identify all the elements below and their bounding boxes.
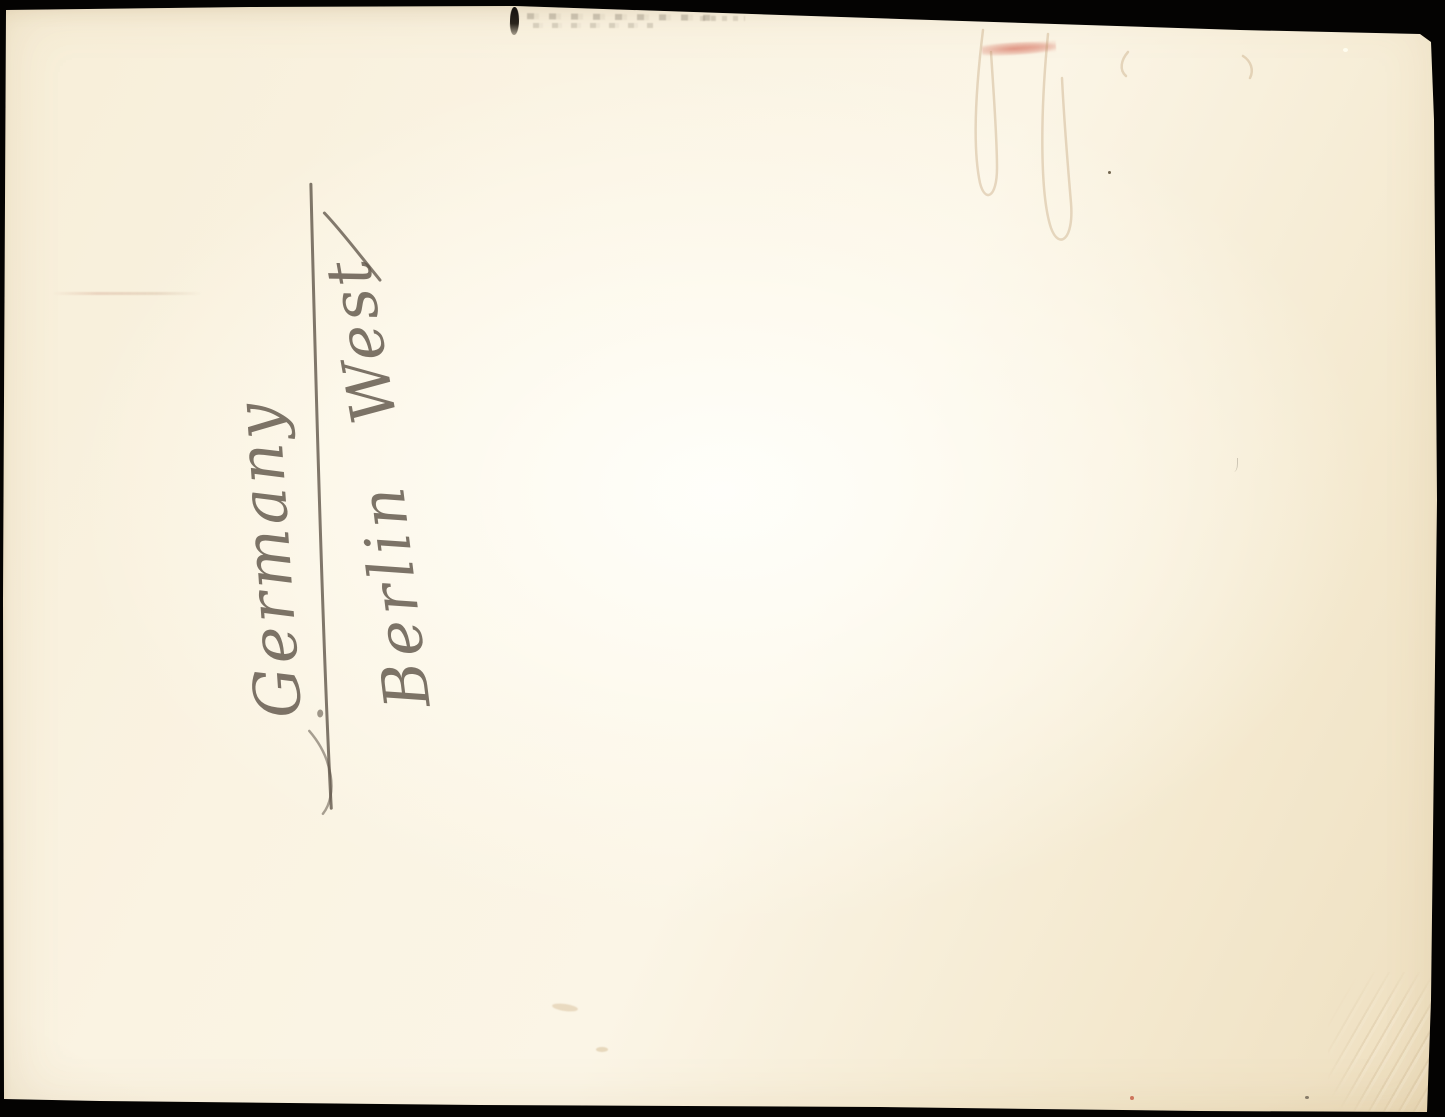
handwritten-city: Berlin [344,478,444,714]
handwritten-region: West [310,251,411,429]
handwriting-group: Germany Berlin West [200,180,472,820]
handwritten-country: Germany [221,397,316,721]
photo-paper: Germany Berlin West [0,0,1445,1117]
leadin-flourish [305,731,334,814]
handwriting-layer: Germany Berlin West [0,0,1445,1117]
pencil-pressure-blob [317,709,323,717]
scanned-photo-back: Germany Berlin West [0,0,1445,1117]
